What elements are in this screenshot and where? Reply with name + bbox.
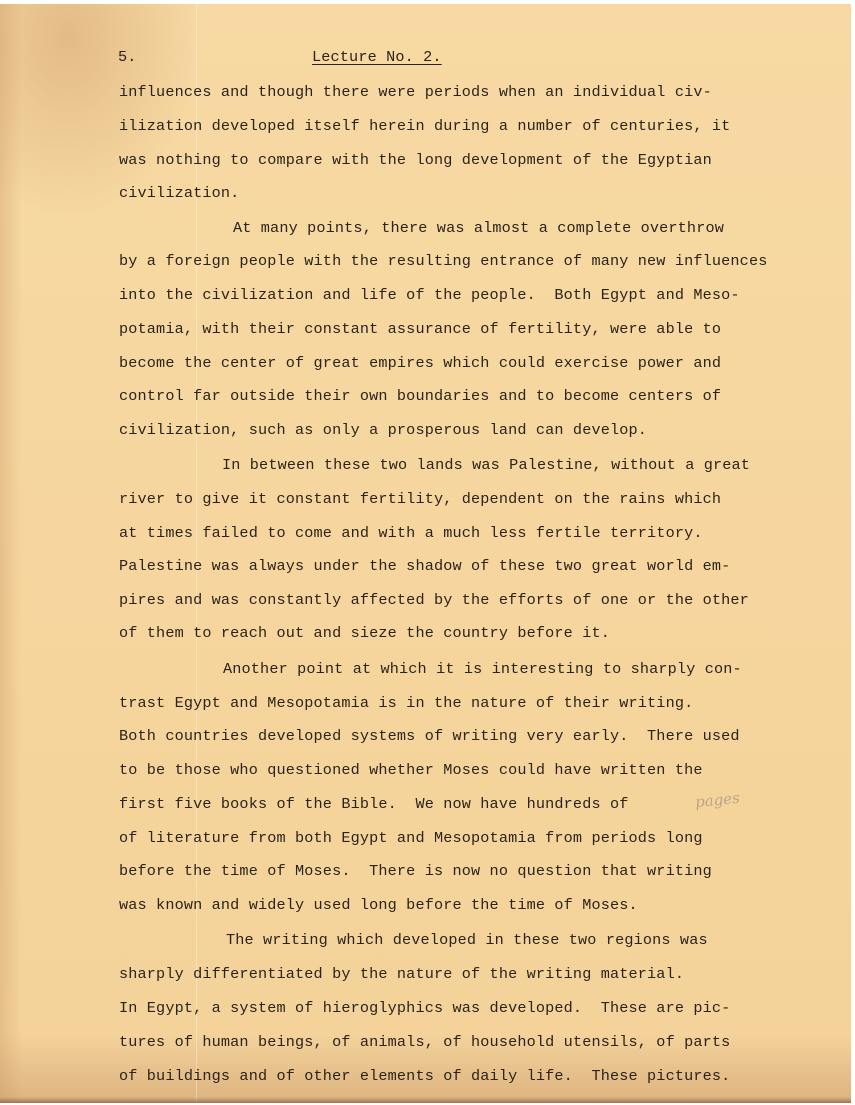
text-line: was nothing to compare with the long dev… — [119, 151, 712, 169]
text-line: potamia, with their constant assurance o… — [119, 320, 721, 338]
text-line: at times failed to come and with a much … — [119, 524, 703, 542]
text-line: Palestine was always under the shadow of… — [119, 557, 730, 575]
text-line: of buildings and of other elements of da… — [119, 1067, 730, 1085]
text-line: sharply differentiated by the nature of … — [119, 965, 684, 983]
text-line: control far outside their own boundaries… — [119, 387, 721, 405]
text-line: In Egypt, a system of hieroglyphics was … — [119, 999, 730, 1017]
text-line: At many points, there was almost a compl… — [233, 219, 724, 237]
text-line: influences and though there were periods… — [119, 83, 712, 101]
lecture-title: Lecture No. 2. — [312, 48, 442, 66]
text-line: pires and was constantly affected by the… — [119, 591, 749, 609]
text-line: to be those who questioned whether Moses… — [119, 761, 703, 779]
text-line: trast Egypt and Mesopotamia is in the na… — [119, 694, 693, 712]
text-line: civilization. — [119, 184, 239, 202]
text-line: Both countries developed systems of writ… — [119, 727, 740, 745]
text-line: become the center of great empires which… — [119, 354, 721, 372]
text-line: before the time of Moses. There is now n… — [119, 862, 712, 880]
text-line: ilization developed itself herein during… — [119, 117, 730, 135]
text-line: of them to reach out and sieze the count… — [119, 624, 610, 642]
page-number: 5. — [118, 48, 137, 66]
text-line: The writing which developed in these two… — [226, 931, 708, 949]
text-line: was known and widely used long before th… — [119, 896, 638, 914]
text-line: In between these two lands was Palestine… — [222, 456, 750, 474]
text-line: Another point at which it is interesting… — [223, 660, 742, 678]
typewritten-page: 5. Lecture No. 2. influences and though … — [0, 4, 851, 1103]
text-line: civilization, such as only a prosperous … — [119, 421, 647, 439]
text-line: of literature from both Egypt and Mesopo… — [119, 829, 703, 847]
text-line: river to give it constant fertility, dep… — [119, 490, 721, 508]
handwritten-margin-note: pages — [694, 789, 740, 812]
text-line: by a foreign people with the resulting e… — [119, 252, 767, 270]
page-bottom-edge — [0, 1097, 851, 1103]
text-line: tures of human beings, of animals, of ho… — [119, 1033, 730, 1051]
text-line: first five books of the Bible. We now ha… — [119, 795, 629, 813]
text-line: into the civilization and life of the pe… — [119, 286, 740, 304]
